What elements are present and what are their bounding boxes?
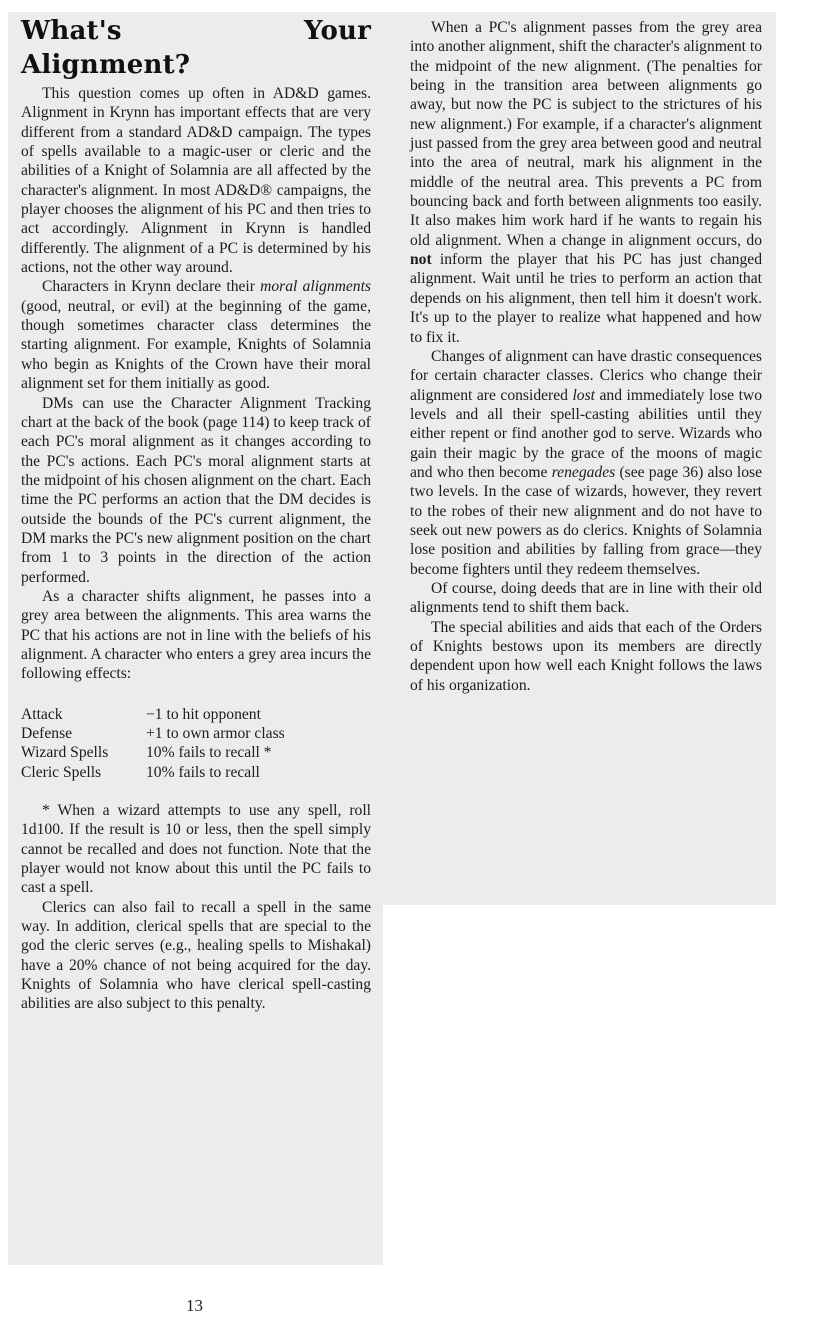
moral-alignments-term: moral alignments <box>260 278 371 295</box>
page-number: 13 <box>186 1296 203 1316</box>
cleric-paragraph: Clerics can also fail to recall a spell … <box>21 898 371 1014</box>
wizard-footnote: * When a wizard attempts to use any spel… <box>21 801 371 898</box>
effect-row-wizard-spells: Wizard Spells 10% fails to recall * <box>21 743 371 762</box>
alignment-shift-paragraph: When a PC's alignment passes from the gr… <box>410 18 762 347</box>
knights-orders-paragraph: The special abilities and aids that each… <box>410 618 762 695</box>
grey-area-effects-table: Attack −1 to hit opponent Defense +1 to … <box>21 705 371 782</box>
consequences-paragraph: Changes of alignment can have drastic co… <box>410 347 762 579</box>
effect-row-cleric-spells: Cleric Spells 10% fails to recall <box>21 763 371 782</box>
grey-area-paragraph: As a character shifts alignment, he pass… <box>21 587 371 684</box>
effect-row-defense: Defense +1 to own armor class <box>21 724 371 743</box>
lost-term: lost <box>572 387 595 404</box>
effect-row-attack: Attack −1 to hit opponent <box>21 705 371 724</box>
left-column: What's Your Alignment? This question com… <box>21 14 371 1014</box>
page-title: What's Your Alignment? <box>21 14 371 82</box>
moral-alignment-paragraph: Characters in Krynn declare their moral … <box>21 277 371 393</box>
emphasis-not: not <box>410 251 432 268</box>
renegades-term: renegades <box>552 464 616 481</box>
right-column: When a PC's alignment passes from the gr… <box>410 18 762 695</box>
intro-paragraph: This question comes up often in AD&D gam… <box>21 84 371 277</box>
tracking-chart-paragraph: DMs can use the Character Alignment Trac… <box>21 394 371 587</box>
shift-back-paragraph: Of course, doing deeds that are in line … <box>410 579 762 618</box>
